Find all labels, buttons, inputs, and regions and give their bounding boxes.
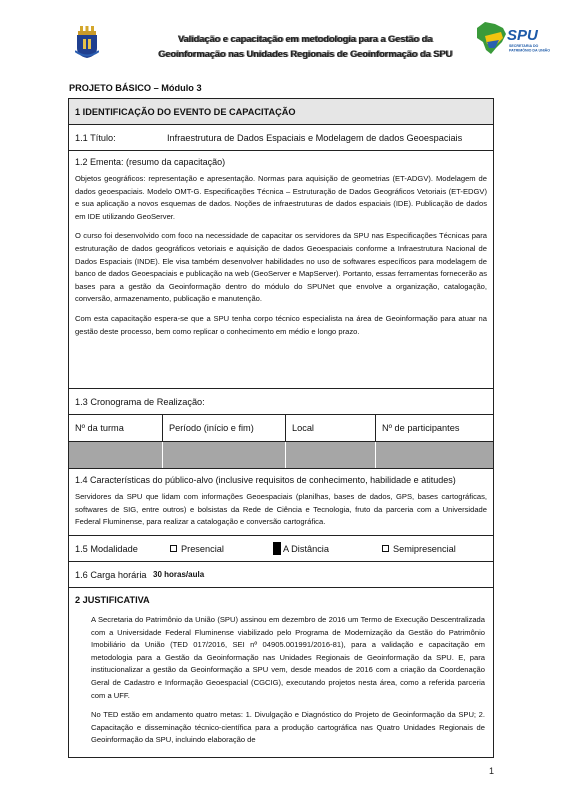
document-page: Validação e capacitação em metodologia p… — [0, 0, 565, 809]
checkbox-unchecked-icon[interactable] — [382, 545, 389, 552]
ementa-block: 1.2 Ementa: (resumo da capacitação) Obje… — [69, 151, 493, 389]
svg-text:PATRIMÔNIO DA UNIÃO: PATRIMÔNIO DA UNIÃO — [509, 48, 550, 53]
checkbox-unchecked-icon[interactable] — [170, 545, 177, 552]
svg-text:SECRETARIA DO: SECRETARIA DO — [509, 44, 539, 48]
page-number: 1 — [489, 766, 494, 776]
carga-horaria-value: 30 horas/aula — [153, 570, 204, 579]
project-form-table: 1 IDENTIFICAÇÃO DO EVENTO DE CAPACITAÇÃO… — [68, 98, 494, 758]
justificativa-block: 2 JUSTIFICATIVA A Secretaria do Patrimôn… — [69, 588, 493, 747]
modalidade-label: 1.5 Modalidade — [75, 544, 170, 554]
table-cell — [69, 442, 163, 468]
table-cell — [286, 442, 376, 468]
ementa-paragraph: Com esta capacitação espera-se que a SPU… — [75, 313, 487, 338]
cronograma-header-row: Nº da turma Período (início e fim) Local… — [69, 415, 493, 442]
titulo-value: Infraestrutura de Dados Espaciais e Mode… — [167, 133, 462, 143]
publico-alvo-text: Servidores da SPU que lidam com informaç… — [75, 491, 487, 529]
modalidade-row: 1.5 Modalidade Presencial A Distância Se… — [69, 536, 493, 562]
column-header-local: Local — [286, 415, 376, 441]
table-cell — [163, 442, 286, 468]
ementa-paragraph: Objetos geográficos: representação e apr… — [75, 173, 487, 223]
modalidade-option-semipresencial[interactable]: Semipresencial — [382, 544, 456, 554]
svg-text:SPU: SPU — [507, 27, 539, 44]
column-header-participantes: Nº de participantes — [376, 415, 493, 441]
table-cell — [376, 442, 493, 468]
publico-alvo-block: 1.4 Características do público-alvo (inc… — [69, 469, 493, 536]
titulo-label: 1.1 Título: — [75, 125, 167, 151]
modalidade-option-presencial[interactable]: Presencial — [170, 544, 273, 554]
header-line-1: Validação e capacitação em metodologia p… — [130, 31, 480, 46]
spu-logo: SPU SECRETARIA DO PATRIMÔNIO DA UNIÃO — [473, 18, 553, 60]
publico-alvo-label: 1.4 Características do público-alvo (inc… — [75, 473, 487, 487]
university-crest-icon — [75, 26, 99, 58]
titulo-row: 1.1 Título:Infraestrutura de Dados Espac… — [69, 125, 493, 151]
justificativa-paragraph: No TED estão em andamento quatro metas: … — [91, 709, 485, 747]
cronograma-data-row — [69, 442, 493, 469]
document-title: PROJETO BÁSICO – Módulo 3 — [69, 83, 202, 93]
header-line-2: Geoinformação nas Unidades Regionais de … — [130, 46, 480, 61]
checkbox-checked-icon[interactable] — [273, 542, 281, 555]
ementa-paragraph: O curso foi desenvolvido com foco na nec… — [75, 230, 487, 306]
ementa-label: 1.2 Ementa: (resumo da capacitação) — [75, 155, 487, 169]
justificativa-paragraph: A Secretaria do Patrimônio da União (SPU… — [91, 614, 485, 702]
column-header-periodo: Período (início e fim) — [163, 415, 286, 441]
cronograma-label: 1.3 Cronograma de Realização: — [69, 389, 493, 415]
section-1-heading: 1 IDENTIFICAÇÃO DO EVENTO DE CAPACITAÇÃO — [69, 99, 493, 125]
brazil-map-icon: SPU SECRETARIA DO PATRIMÔNIO DA UNIÃO — [473, 18, 553, 60]
column-header-turma: Nº da turma — [69, 415, 163, 441]
section-2-heading: 2 JUSTIFICATIVA — [69, 588, 493, 612]
carga-horaria-label: 1.6 Carga horária — [75, 570, 153, 580]
document-header: Validação e capacitação em metodologia p… — [130, 31, 480, 61]
modalidade-option-distancia[interactable]: A Distância — [273, 542, 382, 555]
carga-horaria-row: 1.6 Carga horária 30 horas/aula — [69, 562, 493, 588]
